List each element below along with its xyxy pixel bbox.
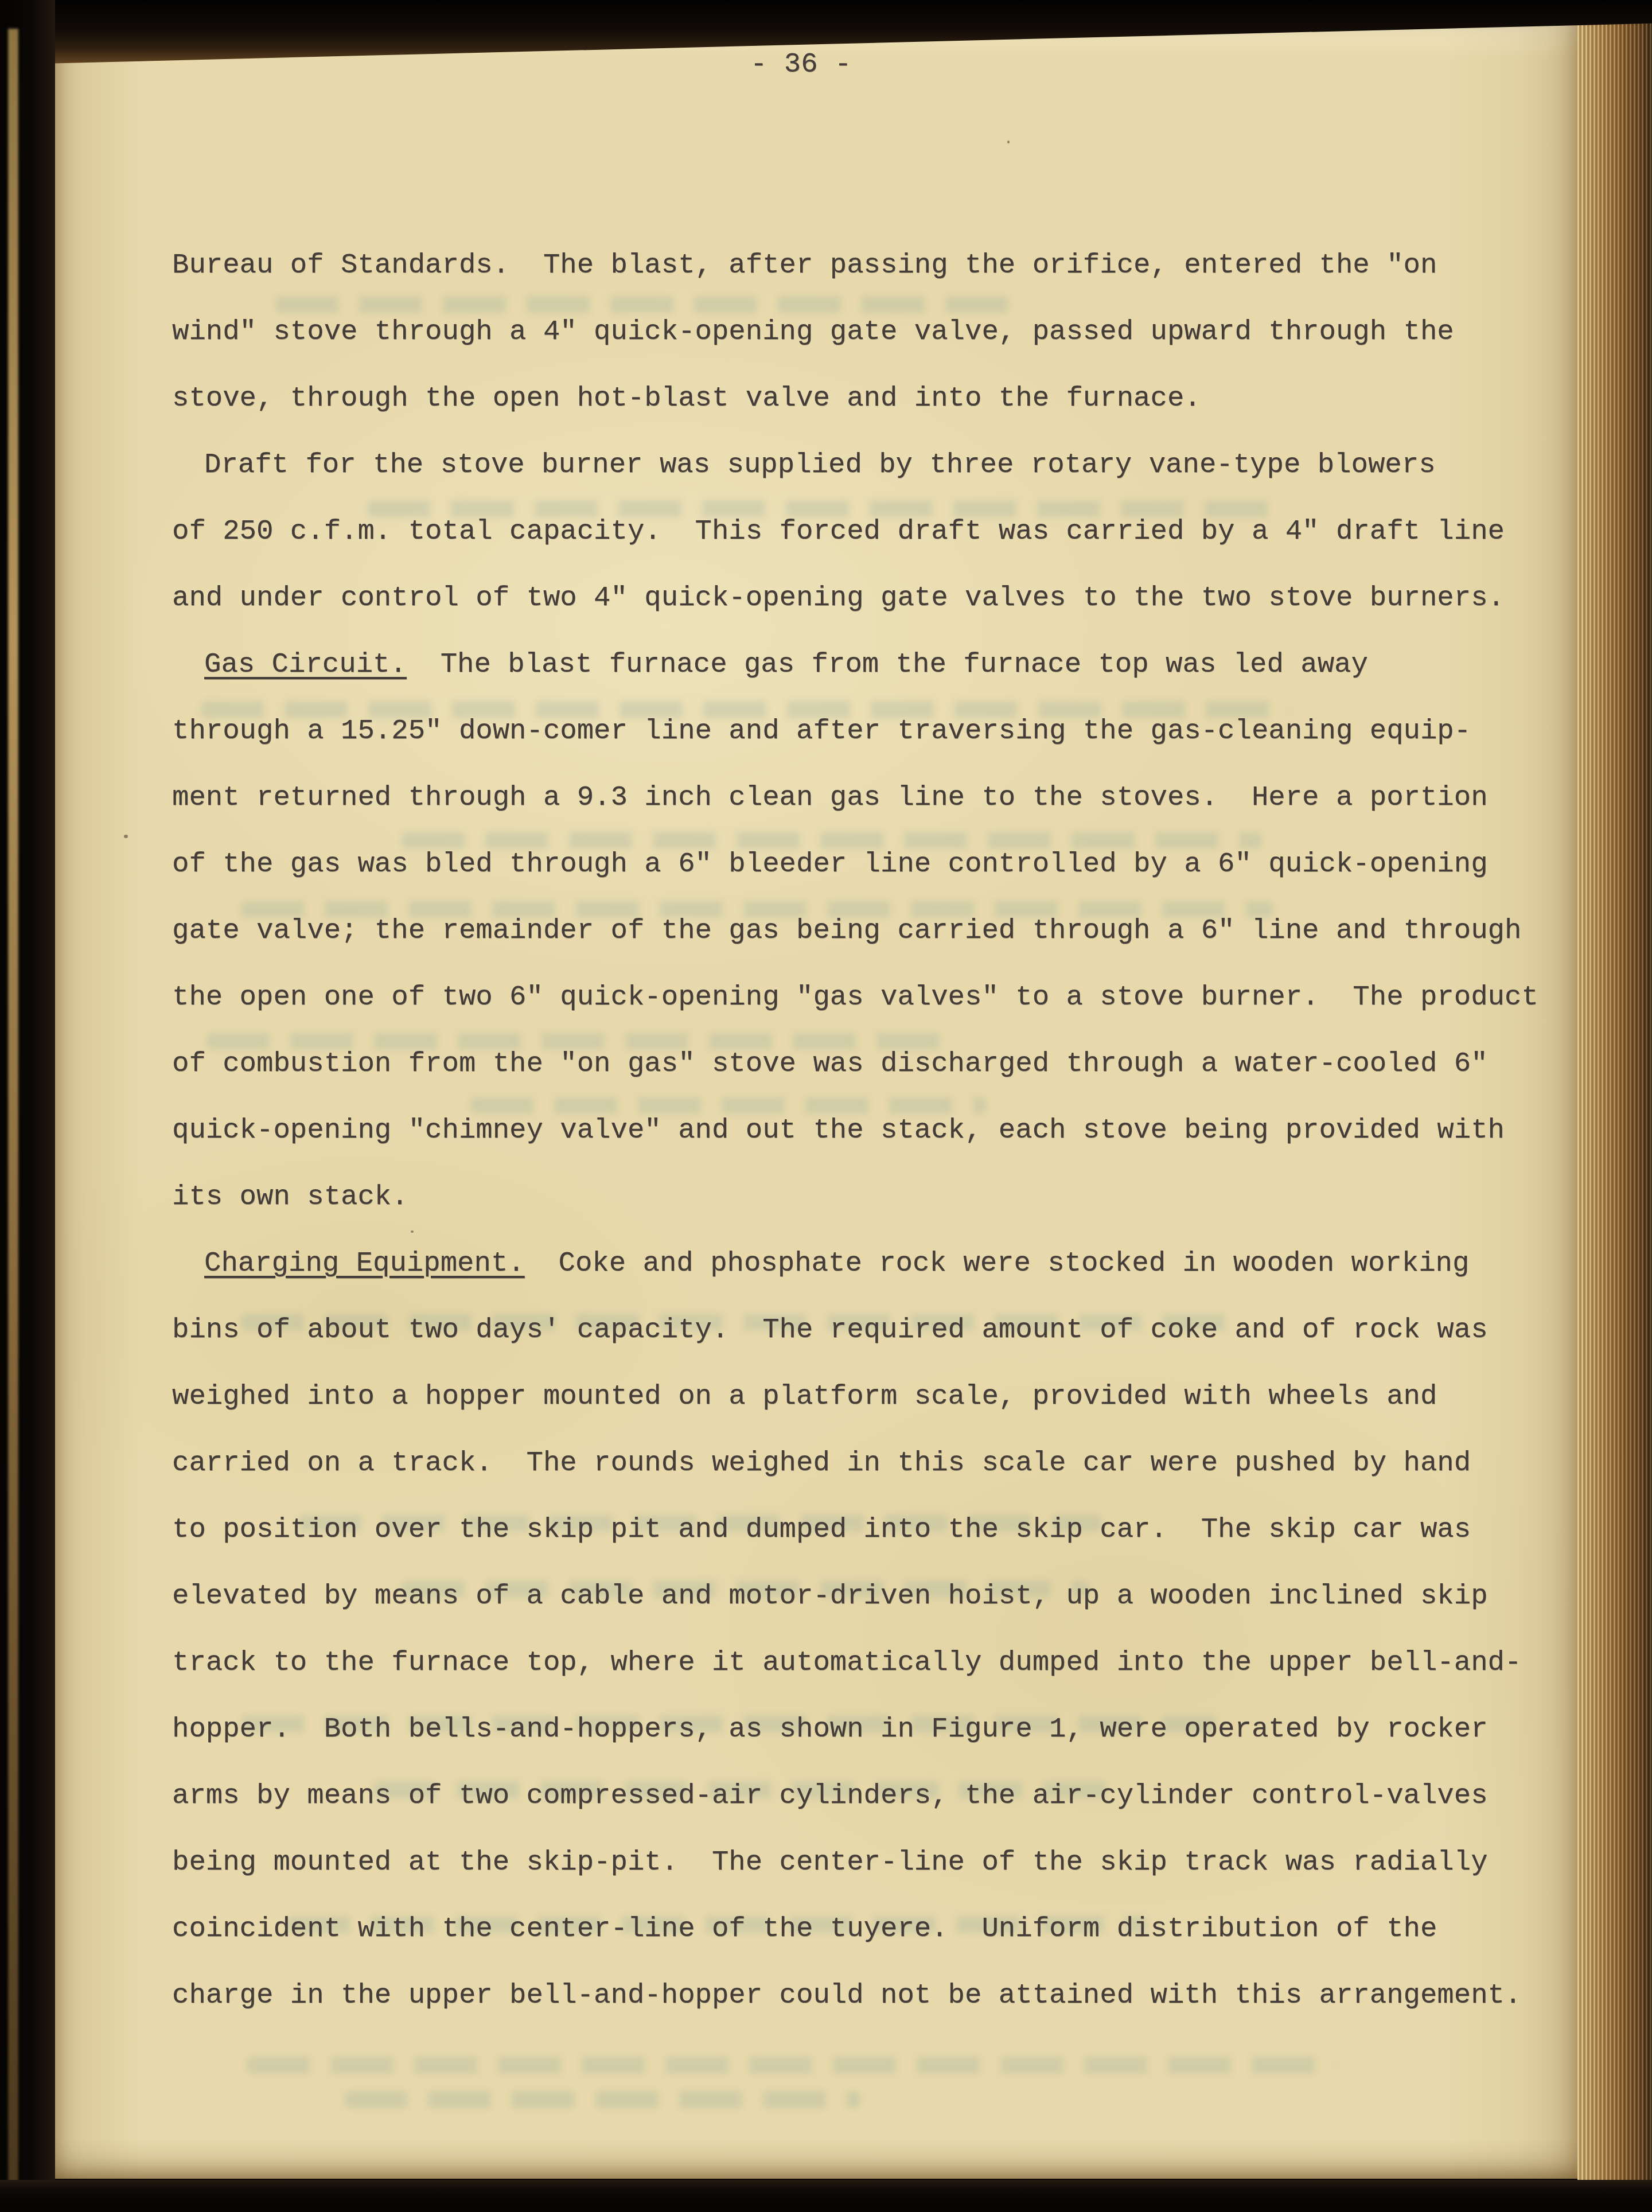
spine-page-edge-line <box>8 29 18 2197</box>
text-line: quick-opening "chimney valve" and out th… <box>172 1097 1560 1163</box>
text-line-segment: quick-opening "chimney valve" and out th… <box>172 1114 1505 1146</box>
text-line-segment: coincident with the center-line of the t… <box>172 1913 1437 1945</box>
text-line-segment: of 250 c.f.m. total capacity. This force… <box>172 515 1505 547</box>
book-spine <box>0 0 55 2212</box>
section-heading-charging-equipment: Charging Equipment. <box>204 1247 525 1279</box>
text-line: Charging Equipment. Coke and phosphate r… <box>172 1230 1560 1296</box>
text-line-segment: track to the furnace top, where it autom… <box>172 1646 1521 1679</box>
text-line-segment: weighed into a hopper mounted on a platf… <box>172 1380 1437 1412</box>
text-line: ment returned through a 9.3 inch clean g… <box>172 764 1560 831</box>
paper-speck <box>124 835 128 838</box>
text-line: of 250 c.f.m. total capacity. This force… <box>172 498 1560 564</box>
text-line: Gas Circuit. The blast furnace gas from … <box>172 631 1560 698</box>
text-line: hopper. Both bells-and-hoppers, as shown… <box>172 1696 1560 1762</box>
bleedthrough-ghost-line <box>247 2057 1337 2074</box>
text-line-segment: Coke and phosphate rock were stocked in … <box>525 1247 1470 1279</box>
text-line: Draft for the stove burner was supplied … <box>172 431 1560 498</box>
text-line-segment: of the gas was bled through a 6" bleeder… <box>172 848 1488 880</box>
text-line-segment: elevated by means of a cable and motor-d… <box>172 1580 1488 1612</box>
text-line-segment: arms by means of two compressed-air cyli… <box>172 1779 1488 1812</box>
text-line-segment: Bureau of Standards. The blast, after pa… <box>172 249 1437 281</box>
section-heading-gas-circuit: Gas Circuit. <box>204 648 407 680</box>
text-line-segment: and under control of two 4" quick-openin… <box>172 582 1505 614</box>
text-line-segment: being mounted at the skip-pit. The cente… <box>172 1846 1488 1878</box>
text-line-segment: through a 15.25" down-comer line and aft… <box>172 715 1471 747</box>
text-line: through a 15.25" down-comer line and aft… <box>172 698 1560 764</box>
text-line: Bureau of Standards. The blast, after pa… <box>172 232 1560 298</box>
text-line: of combustion from the "on gas" stove wa… <box>172 1030 1560 1097</box>
text-line: to position over the skip pit and dumped… <box>172 1496 1560 1563</box>
text-line: and under control of two 4" quick-openin… <box>172 564 1560 631</box>
text-line: wind" stove through a 4" quick-opening g… <box>172 298 1560 365</box>
text-line-segment: the open one of two 6" quick-opening "ga… <box>172 981 1538 1013</box>
text-line: of the gas was bled through a 6" bleeder… <box>172 831 1560 897</box>
text-line-segment: of combustion from the "on gas" stove wa… <box>172 1047 1488 1080</box>
text-line: its own stack. <box>172 1163 1560 1230</box>
text-line: bins of about two days' capacity. The re… <box>172 1296 1560 1363</box>
typewritten-text-block: Bureau of Standards. The blast, after pa… <box>172 232 1560 2028</box>
text-line-segment: its own stack. <box>172 1181 408 1213</box>
text-line: weighed into a hopper mounted on a platf… <box>172 1363 1560 1430</box>
text-line: stove, through the open hot-blast valve … <box>172 365 1560 431</box>
text-line-segment: stove, through the open hot-blast valve … <box>172 382 1201 414</box>
text-line-segment: hopper. Both bells-and-hoppers, as shown… <box>172 1713 1488 1745</box>
text-line-segment: gate valve; the remainder of the gas bei… <box>172 914 1521 947</box>
text-line: arms by means of two compressed-air cyli… <box>172 1762 1560 1829</box>
text-line: elevated by means of a cable and motor-d… <box>172 1563 1560 1629</box>
text-line-segment: Draft for the stove burner was supplied … <box>204 449 1436 481</box>
text-line-segment: to position over the skip pit and dumped… <box>172 1513 1471 1545</box>
scanned-book-page-photo: - 36 - Bureau of Standards. The blast, a… <box>0 0 1652 2212</box>
page-edge-stack <box>1577 23 1652 2181</box>
text-line: carried on a track. The rounds weighed i… <box>172 1430 1560 1496</box>
text-line: being mounted at the skip-pit. The cente… <box>172 1829 1560 1895</box>
text-line-segment: ment returned through a 9.3 inch clean g… <box>172 781 1488 813</box>
page-number: - 36 - <box>750 48 851 80</box>
text-line: the open one of two 6" quick-opening "ga… <box>172 964 1560 1030</box>
text-line: coincident with the center-line of the t… <box>172 1895 1560 1962</box>
text-line-segment: bins of about two days' capacity. The re… <box>172 1314 1488 1346</box>
text-line: gate valve; the remainder of the gas bei… <box>172 897 1560 964</box>
text-line: track to the furnace top, where it autom… <box>172 1629 1560 1696</box>
book-bottom-edge <box>0 2180 1652 2212</box>
bleedthrough-ghost-line <box>344 2091 860 2108</box>
text-line-segment: carried on a track. The rounds weighed i… <box>172 1447 1471 1479</box>
paper-speck <box>1007 141 1010 143</box>
paper-page: - 36 - Bureau of Standards. The blast, a… <box>55 23 1580 2179</box>
text-line-segment: The blast furnace gas from the furnace t… <box>407 648 1368 680</box>
text-line-segment: charge in the upper bell-and-hopper coul… <box>172 1979 1521 2011</box>
text-line-segment: wind" stove through a 4" quick-opening g… <box>172 316 1454 348</box>
text-line: charge in the upper bell-and-hopper coul… <box>172 1962 1560 2028</box>
